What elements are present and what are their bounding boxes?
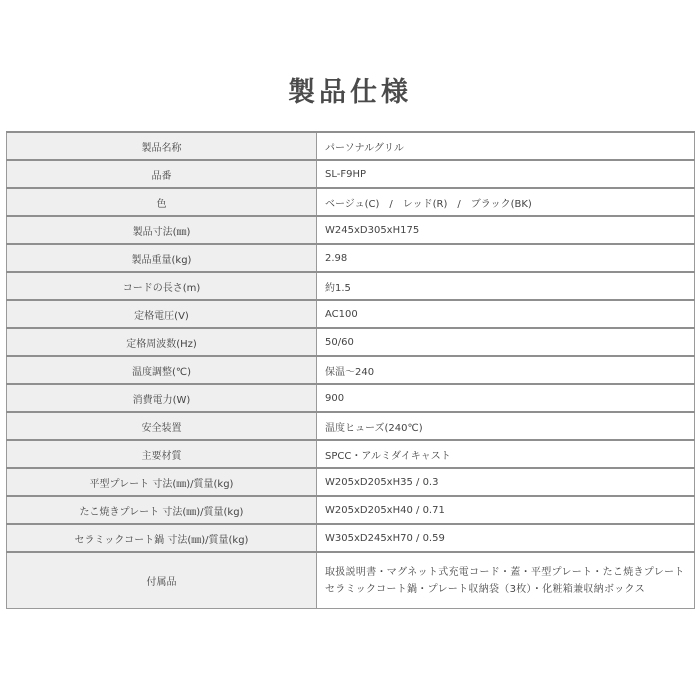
table-row: 製品寸法(㎜) W245xD305xH175 [7, 216, 695, 244]
row-label: 付属品 [7, 552, 317, 609]
row-value: SPCC・アルミダイキャスト [317, 440, 695, 468]
row-value: 900 [317, 384, 695, 412]
row-value: W205xD205xH35 / 0.3 [317, 468, 695, 496]
row-label: 製品重量(kg) [7, 244, 317, 272]
table-row: 安全装置 温度ヒューズ(240℃) [7, 412, 695, 440]
row-value: 約1.5 [317, 272, 695, 300]
row-value: 50/60 [317, 328, 695, 356]
row-value: 保温～240 [317, 356, 695, 384]
table-row: 定格電圧(V) AC100 [7, 300, 695, 328]
row-value: W205xD205xH40 / 0.71 [317, 496, 695, 524]
row-label: 製品名称 [7, 132, 317, 160]
table-row: 色 ベージュ(C) / レッド(R) / ブラック(BK) [7, 188, 695, 216]
row-value-accessories: 取扱説明書・マグネット式充電コード・蓋・平型プレート・たこ焼きプレート セラミッ… [317, 552, 695, 609]
row-label: 定格電圧(V) [7, 300, 317, 328]
row-value: W245xD305xH175 [317, 216, 695, 244]
table-row: 付属品 取扱説明書・マグネット式充電コード・蓋・平型プレート・たこ焼きプレート … [7, 552, 695, 609]
table-row: コードの長さ(m) 約1.5 [7, 272, 695, 300]
table-row: 平型プレート 寸法(㎜)/質量(kg) W205xD205xH35 / 0.3 [7, 468, 695, 496]
row-label: 定格周波数(Hz) [7, 328, 317, 356]
row-label: 消費電力(W) [7, 384, 317, 412]
row-label: たこ焼きプレート 寸法(㎜)/質量(kg) [7, 496, 317, 524]
row-label: 品番 [7, 160, 317, 188]
table-row: たこ焼きプレート 寸法(㎜)/質量(kg) W205xD205xH40 / 0.… [7, 496, 695, 524]
table-row: セラミックコート鍋 寸法(㎜)/質量(kg) W305xD245xH70 / 0… [7, 524, 695, 552]
row-value: AC100 [317, 300, 695, 328]
table-row: 製品名称 パーソナルグリル [7, 132, 695, 160]
row-label: コードの長さ(m) [7, 272, 317, 300]
row-label: セラミックコート鍋 寸法(㎜)/質量(kg) [7, 524, 317, 552]
table-row: 消費電力(W) 900 [7, 384, 695, 412]
row-label: 温度調整(℃) [7, 356, 317, 384]
row-label: 色 [7, 188, 317, 216]
row-label: 主要材質 [7, 440, 317, 468]
row-label: 製品寸法(㎜) [7, 216, 317, 244]
row-value: パーソナルグリル [317, 132, 695, 160]
table-row: 定格周波数(Hz) 50/60 [7, 328, 695, 356]
page-title: 製品仕様 [0, 70, 700, 109]
row-value: W305xD245xH70 / 0.59 [317, 524, 695, 552]
row-label: 平型プレート 寸法(㎜)/質量(kg) [7, 468, 317, 496]
accessories-line: セラミックコート鍋・プレート収納袋（3枚）・化粧箱兼収納ボックス [325, 581, 694, 598]
spec-table: 製品名称 パーソナルグリル 品番 SL-F9HP 色 ベージュ(C) / レッド… [6, 131, 695, 609]
row-label: 安全装置 [7, 412, 317, 440]
table-row: 主要材質 SPCC・アルミダイキャスト [7, 440, 695, 468]
row-value: 温度ヒューズ(240℃) [317, 412, 695, 440]
row-value: 2.98 [317, 244, 695, 272]
row-value: SL-F9HP [317, 160, 695, 188]
table-row: 品番 SL-F9HP [7, 160, 695, 188]
table-row: 温度調整(℃) 保温～240 [7, 356, 695, 384]
accessories-line: 取扱説明書・マグネット式充電コード・蓋・平型プレート・たこ焼きプレート [325, 564, 694, 581]
table-row: 製品重量(kg) 2.98 [7, 244, 695, 272]
row-value: ベージュ(C) / レッド(R) / ブラック(BK) [317, 188, 695, 216]
